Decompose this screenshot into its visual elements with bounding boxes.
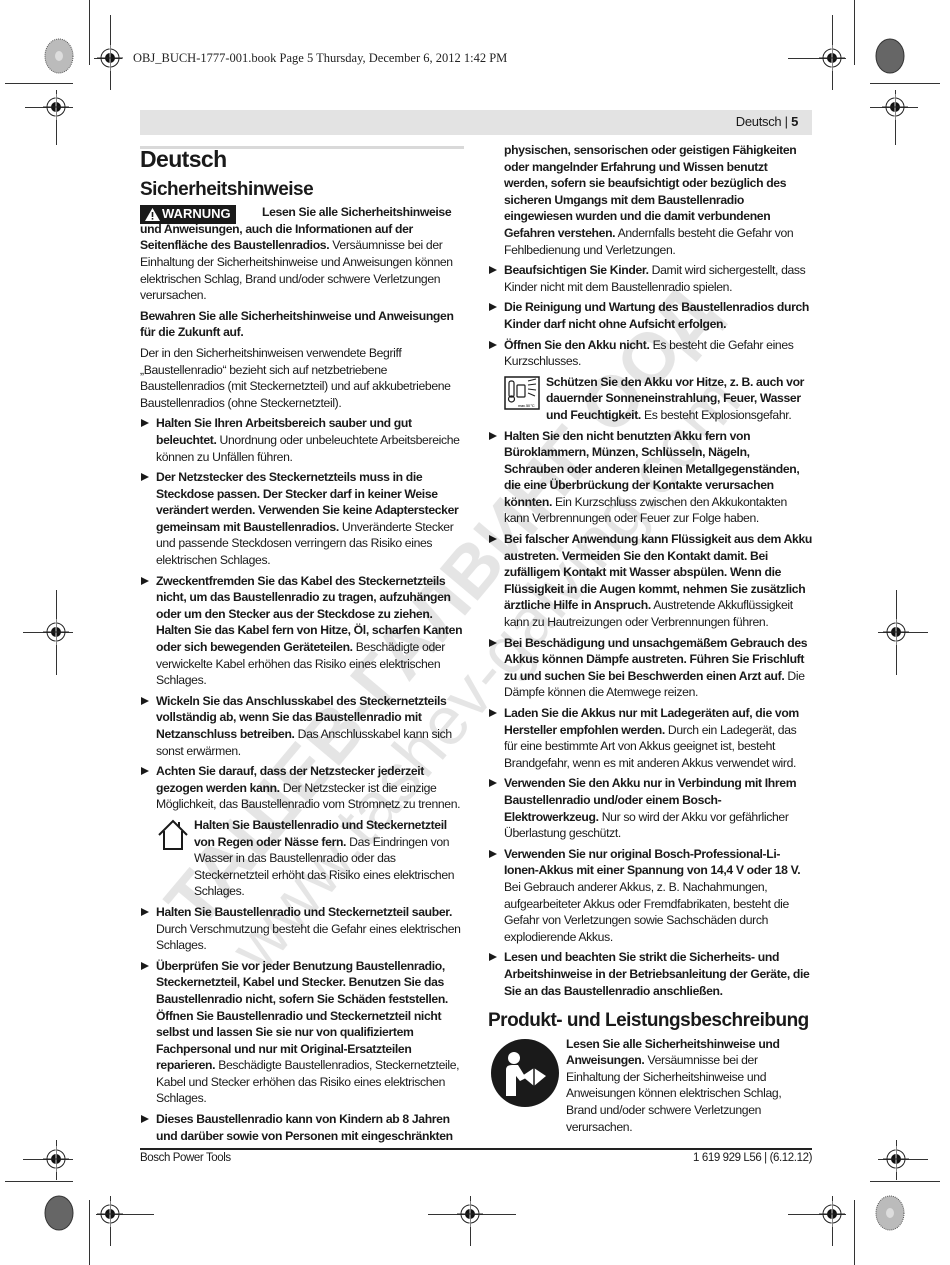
bullet-arrow-icon (141, 577, 149, 585)
heat-protection-note: max. 50 °C Schützen Sie den Akku vor Hit… (504, 374, 812, 424)
right-column: physischen, sensorischen oder geistigen … (488, 142, 812, 1135)
safety-bullet: Dieses Baustellenradio kann von Kindern … (140, 1111, 464, 1144)
bullet-arrow-icon (141, 419, 149, 427)
registration-mark-icon (819, 45, 845, 71)
gray-dot-icon (875, 38, 905, 74)
continuation-paragraph: physischen, sensorischen oder geistigen … (488, 142, 812, 258)
safety-bullet: Der Netzstecker des Steckernetzteils mus… (140, 469, 464, 569)
bullet-arrow-icon (141, 908, 149, 916)
footer-document-number: 1 619 929 L56 | (6.12.12) (693, 1152, 812, 1164)
bullet-arrow-icon (141, 1115, 149, 1123)
print-slug: OBJ_BUCH-1777-001.book Page 5 Thursday, … (133, 51, 507, 66)
safety-bullet: Die Reinigung und Wartung des Baustellen… (488, 299, 812, 332)
safety-bullet: Zweckentfremden Sie das Kabel des Stecke… (140, 573, 464, 689)
gray-dot-icon (44, 1195, 74, 1231)
footer-rule (140, 1148, 812, 1150)
bullet-arrow-icon (489, 303, 497, 311)
header-separator: | (781, 114, 791, 129)
battery-heat-icon: max. 50 °C (504, 376, 540, 410)
read-manual-note: Lesen Sie alle Sicherheitshinweise und A… (488, 1036, 812, 1136)
color-wheel-icon (44, 38, 74, 74)
keep-instructions-notice: Bewahren Sie alle Sicherheitshinweise un… (140, 308, 464, 341)
registration-mark-icon (819, 1201, 845, 1227)
safety-bullet: Beaufsichtigen Sie Kinder. Damit wird si… (488, 262, 812, 295)
left-column: Deutsch Sicherheitshinweise WARNUNG Lese… (140, 146, 464, 1148)
bullet-arrow-icon (141, 767, 149, 775)
bullet-arrow-icon (489, 779, 497, 787)
safety-bullet: Laden Sie die Akkus nur mit Ladegeräten … (488, 705, 812, 771)
registration-mark-icon (43, 94, 69, 120)
section-title-safety: Sicherheitshinweise (140, 182, 464, 199)
safety-bullet: Achten Sie darauf, dass der Netzstecker … (140, 763, 464, 813)
safety-bullet: Halten Sie Ihren Arbeitsbereich sauber u… (140, 415, 464, 465)
color-wheel-icon (875, 1195, 905, 1231)
bullet-arrow-icon (489, 709, 497, 717)
indoor-house-icon (156, 819, 190, 851)
bullet-arrow-icon (141, 697, 149, 705)
definition-paragraph: Der in den Sicherheitshinweisen verwende… (140, 345, 464, 411)
registration-mark-icon (43, 619, 69, 645)
warning-block: WARNUNG Lesen Sie alle Sicherheitshinwei… (140, 204, 464, 304)
safety-bullet: Überprüfen Sie vor jeder Benutzung Baust… (140, 958, 464, 1107)
bullet-arrow-icon (141, 962, 149, 970)
safety-bullet: Wickeln Sie das Anschlusskabel des Steck… (140, 693, 464, 759)
svg-text:max. 50 °C: max. 50 °C (518, 403, 535, 408)
registration-mark-icon (457, 1201, 483, 1227)
warning-label: WARNUNG (162, 206, 231, 223)
bullet-arrow-icon (489, 432, 497, 440)
bullet-arrow-icon (489, 850, 497, 858)
bullet-arrow-icon (489, 953, 497, 961)
registration-mark-icon (97, 1201, 123, 1227)
safety-bullet: Bei falscher Anwendung kann Flüssigkeit … (488, 531, 812, 631)
registration-mark-icon (97, 45, 123, 71)
registration-mark-icon (883, 1146, 909, 1172)
safety-bullet: Verwenden Sie nur original Bosch-Profess… (488, 846, 812, 946)
warning-triangle-icon (145, 208, 160, 221)
safety-bullet: Bei Beschädigung und unsachgemäßem Gebra… (488, 635, 812, 701)
bullet-arrow-icon (489, 535, 497, 543)
section-title-product: Produkt- und Leistungsbeschreibung (488, 1013, 812, 1030)
registration-mark-icon (883, 619, 909, 645)
bullet-arrow-icon (141, 473, 149, 481)
indoor-use-note: Halten Sie Baustellenradio und Steckerne… (156, 817, 464, 900)
header-text: Deutsch | 5 (736, 114, 798, 129)
safety-bullet: Verwenden Sie den Akku nur in Verbindung… (488, 775, 812, 841)
safety-bullet: Halten Sie Baustellenradio und Steckerne… (140, 904, 464, 954)
warning-badge: WARNUNG (140, 205, 236, 224)
safety-bullet: Öffnen Sie den Akku nicht. Es besteht di… (488, 337, 812, 370)
running-header: Deutsch | 5 (140, 110, 812, 135)
registration-mark-icon (43, 1146, 69, 1172)
safety-bullet: Halten Sie den nicht benutzten Akku fern… (488, 428, 812, 528)
footer-brand: Bosch Power Tools (140, 1152, 231, 1164)
bullet-arrow-icon (489, 639, 497, 647)
header-language: Deutsch (736, 114, 782, 129)
page-number: 5 (791, 114, 798, 129)
read-manual-icon (490, 1038, 560, 1108)
page-title: Deutsch (140, 151, 464, 168)
registration-mark-icon (882, 94, 908, 120)
safety-bullet: Lesen und beachten Sie strikt die Sicher… (488, 949, 812, 999)
bullet-arrow-icon (489, 266, 497, 274)
bullet-arrow-icon (489, 341, 497, 349)
